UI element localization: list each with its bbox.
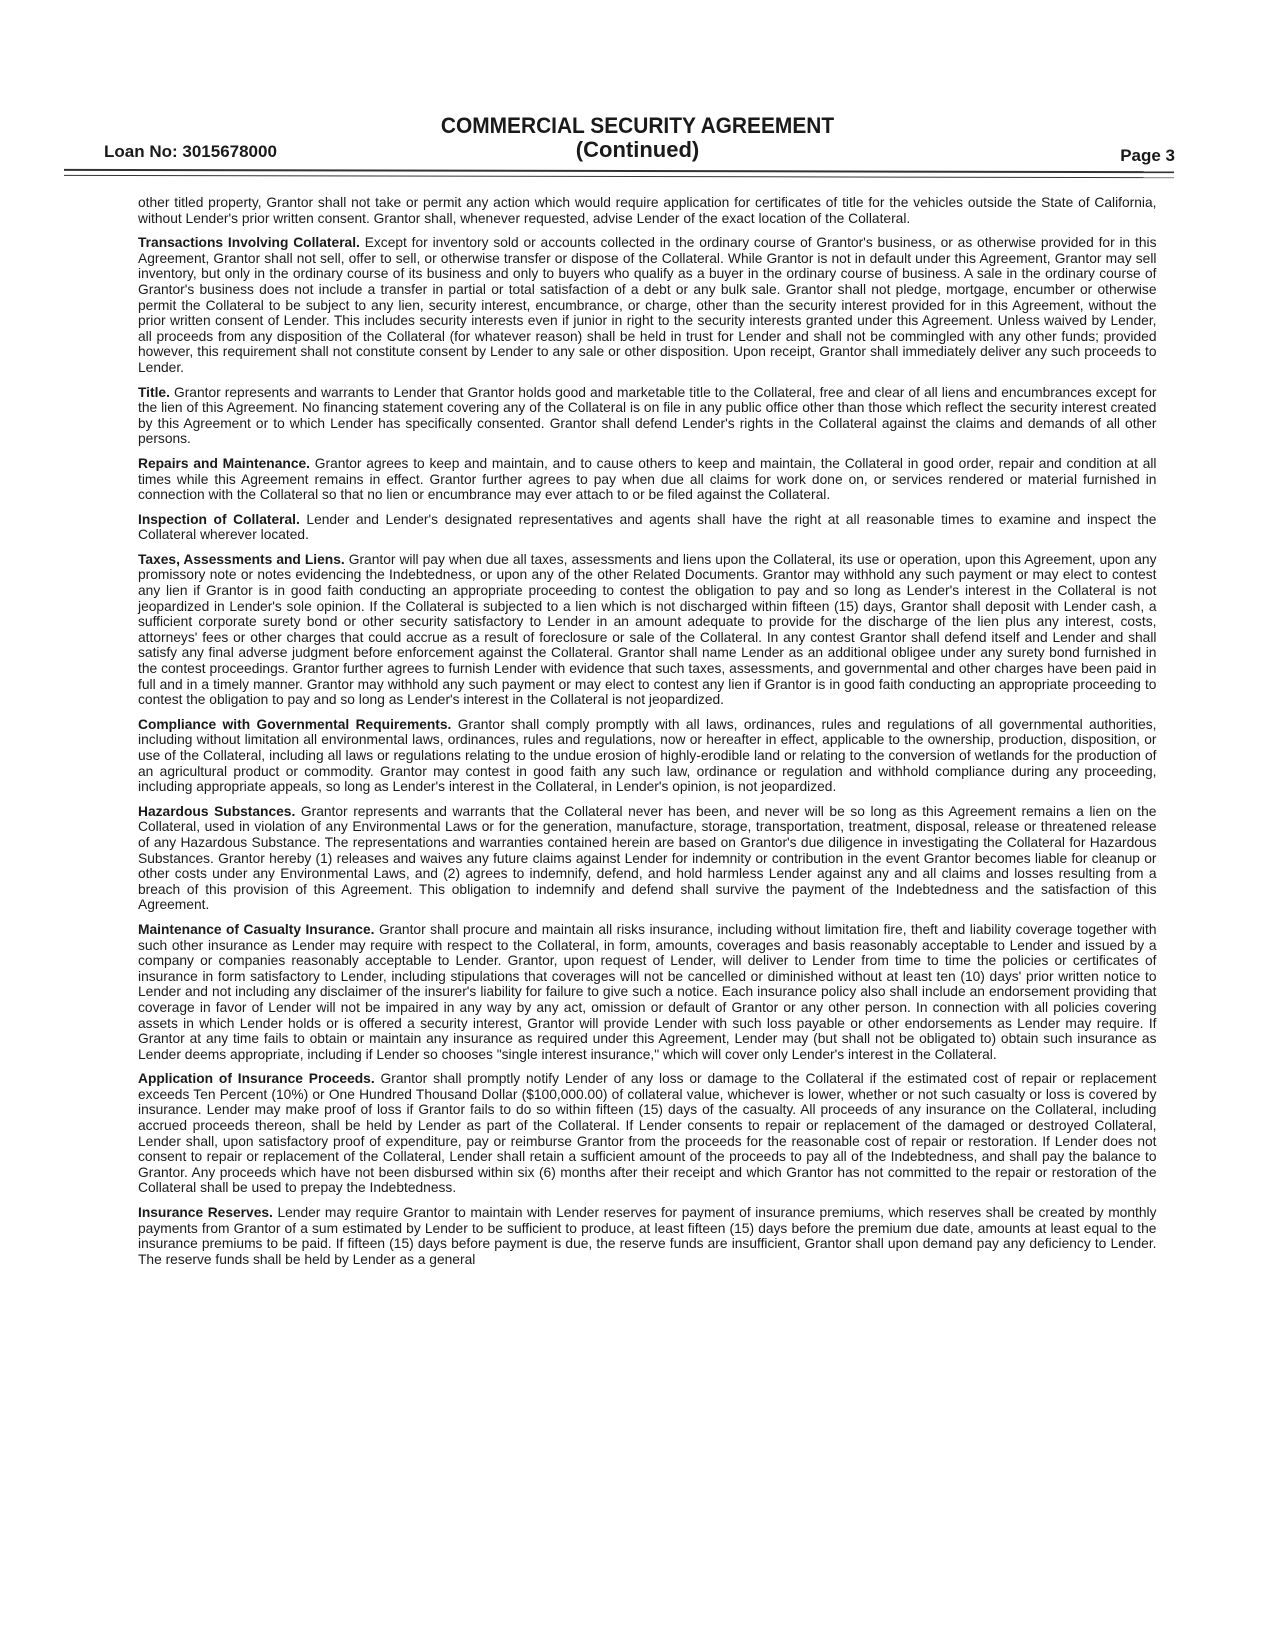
paragraph-compliance-governmental: Compliance with Governmental Requirement… xyxy=(138,717,1156,795)
section-heading: Compliance with Governmental Requirement… xyxy=(138,716,451,732)
section-heading: Title. xyxy=(138,384,170,400)
section-heading: Repairs and Maintenance. xyxy=(138,455,310,471)
paragraph-continued: other titled property, Grantor shall not… xyxy=(138,195,1156,226)
section-heading: Inspection of Collateral. xyxy=(138,511,300,527)
paragraph-application-insurance-proceeds: Application of Insurance Proceeds. Grant… xyxy=(138,1071,1156,1196)
paragraph-transactions-involving-collateral: Transactions Involving Collateral. Excep… xyxy=(138,235,1156,375)
paragraph-maintenance-casualty-insurance: Maintenance of Casualty Insurance. Grant… xyxy=(138,922,1156,1062)
page-number: Page 3 xyxy=(1120,146,1175,166)
paragraph-inspection-of-collateral: Inspection of Collateral. Lender and Len… xyxy=(138,512,1156,543)
document-body: other titled property, Grantor shall not… xyxy=(138,195,1156,1276)
document-title: COMMERCIAL SECURITY AGREEMENT xyxy=(32,114,1243,138)
header-divider-thick xyxy=(64,169,1174,173)
section-heading: Maintenance of Casualty Insurance. xyxy=(138,921,374,937)
section-heading: Taxes, Assessments and Liens. xyxy=(138,551,345,567)
paragraph-taxes-assessments-liens: Taxes, Assessments and Liens. Grantor wi… xyxy=(138,552,1156,708)
section-heading: Transactions Involving Collateral. xyxy=(138,234,360,250)
section-heading: Insurance Reserves. xyxy=(138,1204,273,1220)
loan-number: Loan No: 3015678000 xyxy=(104,142,277,162)
section-heading: Application of Insurance Proceeds. xyxy=(138,1070,375,1086)
paragraph-title: Title. Grantor represents and warrants t… xyxy=(138,385,1156,447)
section-heading: Hazardous Substances. xyxy=(138,803,295,819)
paragraph-hazardous-substances: Hazardous Substances. Grantor represents… xyxy=(138,804,1156,913)
paragraph-insurance-reserves: Insurance Reserves. Lender may require G… xyxy=(138,1205,1156,1267)
header-divider-thin xyxy=(64,175,1174,178)
page-header: COMMERCIAL SECURITY AGREEMENT (Continued… xyxy=(0,0,1275,180)
paragraph-repairs-and-maintenance: Repairs and Maintenance. Grantor agrees … xyxy=(138,456,1156,503)
